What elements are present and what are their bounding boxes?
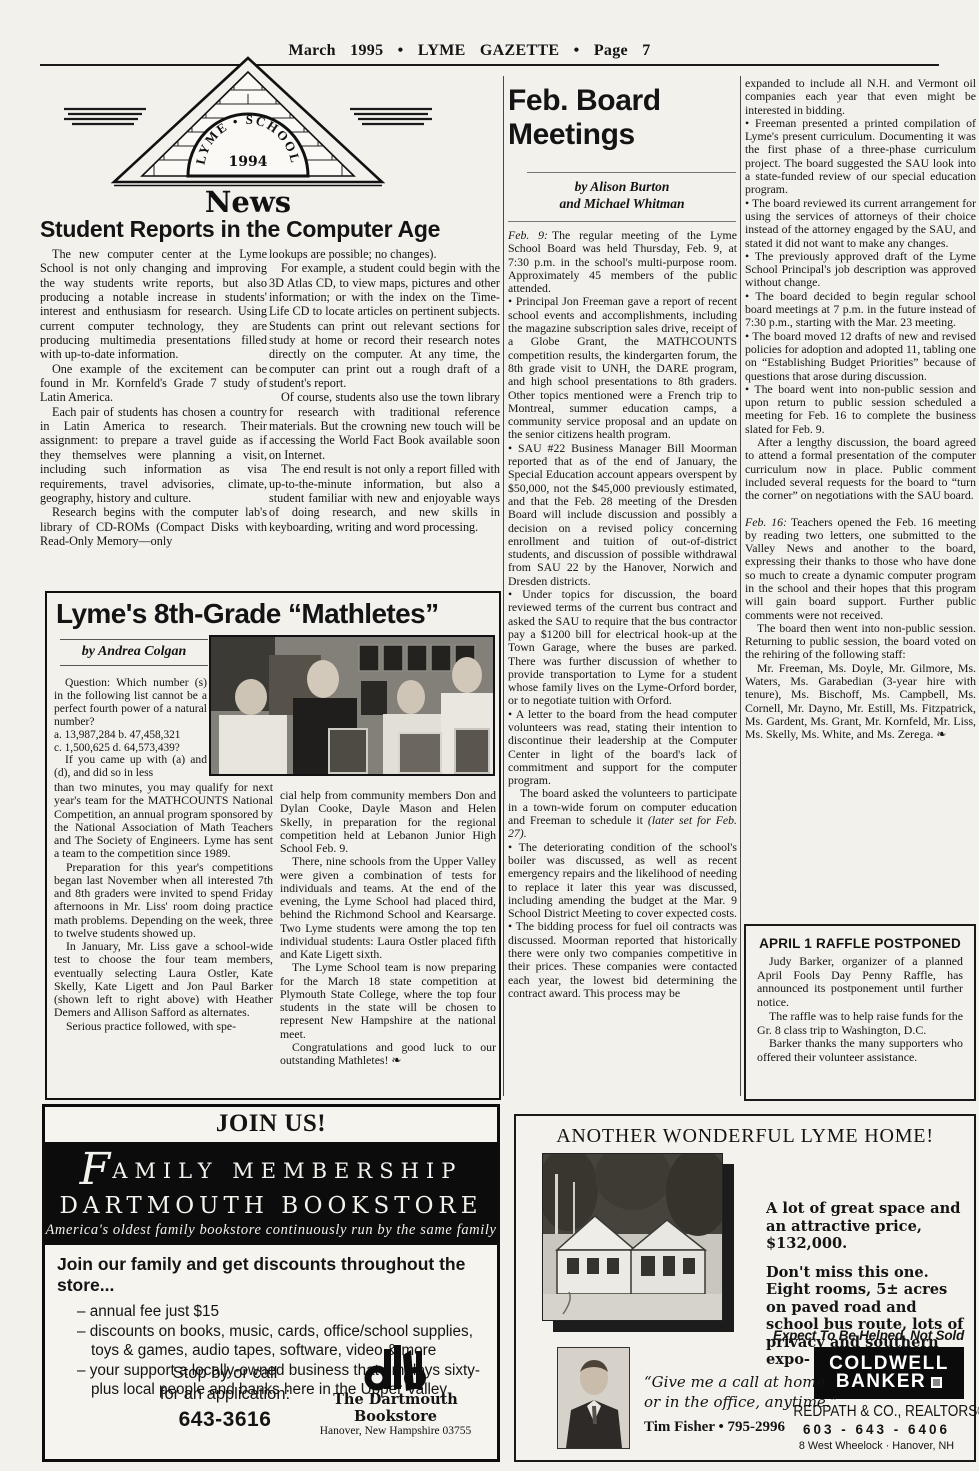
paragraph: Feb. 9:The regular meeting of the Lyme S… xyxy=(508,229,737,295)
board-column-2: expanded to include all N.H. and Vermont… xyxy=(745,77,976,877)
paragraph: • The board moved 12 drafts of new and r… xyxy=(745,330,976,383)
paragraph: than two minutes, you may qualify for ne… xyxy=(54,781,273,861)
byline-author-1: by Alison Burton xyxy=(575,179,670,194)
paragraph: Question: Which number (s) in the follow… xyxy=(54,677,207,729)
paragraph: In January, Mr. Liss gave a school-wide … xyxy=(54,940,273,1020)
article1-headline: Student Reports in the Computer Age xyxy=(40,216,504,243)
newspaper-page: March 1995 • LYME GAZETTE • Page 7 xyxy=(0,0,979,1471)
coldwell-slogan: Expect To Be Helped, Not Sold xyxy=(764,1328,964,1343)
paragraph: There, nine schools from the Upper Valle… xyxy=(280,855,496,961)
paragraph: For example, a student could begin with … xyxy=(269,261,500,390)
discounts-lead: Join our family and get discounts throug… xyxy=(57,1254,497,1296)
students-photo-icon xyxy=(211,637,493,774)
bookstore-address: Hanover, New Hampshire 03755 xyxy=(303,1425,488,1437)
column-divider xyxy=(740,76,741,1096)
paragraph: • The previously approved draft of the L… xyxy=(745,250,976,290)
family-membership-text: AMILY MEMBERSHIP xyxy=(112,1159,462,1183)
article1-column-2: lookups are possible; no changes). For e… xyxy=(269,247,500,583)
mathletes-article-box: Lyme's 8th-Grade “Mathletes” by Andrea C… xyxy=(45,591,501,1100)
paragraph: If you came up with (a) and (d), and did… xyxy=(54,754,207,780)
bookstore-tagline: America's oldest family bookstore contin… xyxy=(45,1222,497,1239)
date-lead: Feb. 16: xyxy=(745,515,791,529)
contact-line-2: for an application: xyxy=(145,1384,305,1405)
quote-line-1: “Give me a call at home xyxy=(644,1372,859,1392)
article1-column-1: The new computer center at the Lyme Scho… xyxy=(40,247,267,583)
byline-author-2: and Michael Whitman xyxy=(559,196,684,211)
column-divider xyxy=(503,76,504,1096)
swash-initial: F xyxy=(80,1144,113,1195)
paragraph: The Lyme School team is now preparing fo… xyxy=(280,961,496,1041)
raffle-notice-box: APRIL 1 RAFFLE POSTPONED Judy Barker, or… xyxy=(744,924,976,1101)
list-item: – annual fee just $15 xyxy=(77,1303,497,1322)
paragraph: Barker thanks the many supporters who of… xyxy=(757,1037,963,1064)
listing-price: A lot of great space and an attractive p… xyxy=(766,1200,966,1253)
paragraph: expanded to include all N.H. and Vermont… xyxy=(745,77,976,117)
house-photo-icon xyxy=(543,1154,722,1320)
svg-text:1994: 1994 xyxy=(229,154,268,170)
raffle-title: APRIL 1 RAFFLE POSTPONED xyxy=(757,936,963,951)
byline-rule xyxy=(527,172,736,173)
mathletes-column-2: cial help from community members Don and… xyxy=(280,789,496,1095)
paragraph: Judy Barker, organizer of a planned Apri… xyxy=(757,955,963,1010)
contact-line-1: Stop by or call xyxy=(145,1363,305,1384)
paragraph: • The bidding process for fuel oil contr… xyxy=(508,920,737,1000)
paragraph: Congratulations and good luck to our out… xyxy=(280,1041,496,1068)
byline-rule xyxy=(508,221,736,222)
paragraph: Each pair of students has chosen a count… xyxy=(40,405,267,505)
paragraph: lookups are possible; no changes). xyxy=(269,247,500,261)
answer-options-ab: a. 13,987,284 b. 47,458,321 xyxy=(54,729,207,742)
paragraph: • The deteriorating condition of the sch… xyxy=(508,841,737,921)
mathletes-byline: by Andrea Colgan xyxy=(60,639,208,666)
paragraph: The board then went into non-public sess… xyxy=(745,622,976,662)
paragraph: Of course, students also use the town li… xyxy=(269,390,500,462)
real-estate-ad: ANOTHER WONDERFUL LYME HOME! xyxy=(514,1114,976,1462)
board-headline-line1: Feb. Board xyxy=(508,84,661,117)
paragraph: One example of the excitement can be fou… xyxy=(40,362,267,405)
paragraph: Mr. Freeman, Ms. Doyle, Mr. Gilmore, Ms.… xyxy=(745,662,976,742)
paragraph: • Principal Jon Freeman gave a report of… xyxy=(508,295,737,441)
paragraph: • The board went into non-public session… xyxy=(745,383,976,436)
date-lead: Feb. 9: xyxy=(508,229,552,242)
paragraph: • Under topics for discussion, the board… xyxy=(508,588,737,708)
bookstore-contact: Stop by or call for an application: 643-… xyxy=(145,1363,305,1433)
paragraph: Preparation for this year's competitions… xyxy=(54,861,273,941)
agent-name-phone: Tim Fisher • 795-2996 xyxy=(644,1417,859,1437)
board-headline-line2: Meetings xyxy=(508,118,635,151)
agent-portrait-icon xyxy=(558,1348,629,1448)
school-news-logo: LYME • SCHOOL 1994 News xyxy=(62,54,434,216)
mathletes-team-photo xyxy=(209,635,495,776)
svg-text:News: News xyxy=(205,185,291,216)
cb-square-icon xyxy=(931,1377,942,1388)
house-photo xyxy=(542,1153,723,1321)
agent-photo xyxy=(557,1347,630,1449)
paragraph: After a lengthy discussion, the board ag… xyxy=(745,436,976,502)
board-headline: Feb. Board Meetings xyxy=(508,84,738,152)
bookstore-logo-block: The Dartmouth Bookstore Hanover, New Ham… xyxy=(303,1345,488,1437)
membership-banner: FAMILY MEMBERSHIP DARTMOUTH BOOKSTORE Am… xyxy=(45,1142,497,1245)
quote-line-2: or in the office, anytime.” xyxy=(644,1392,859,1412)
paragraph: Serious practice followed, with spe- xyxy=(54,1020,273,1033)
mathletes-headline: Lyme's 8th-Grade “Mathletes” xyxy=(56,598,498,630)
family-membership-line: FAMILY MEMBERSHIP xyxy=(45,1144,497,1195)
paragraph: cial help from community members Don and… xyxy=(280,789,496,855)
paragraph: • SAU #22 Business Manager Bill Moorman … xyxy=(508,442,737,588)
realtor-address: 8 West Wheelock · Hanover, NH xyxy=(789,1440,964,1452)
paragraph: • A letter to the board from the head co… xyxy=(508,708,737,788)
bookstore-name: The Dartmouth Bookstore xyxy=(303,1391,488,1425)
board-column-1: Feb. 9:The regular meeting of the Lyme S… xyxy=(508,229,737,1097)
mathletes-intro-column: Question: Which number (s) in the follow… xyxy=(54,677,207,781)
bookstore-ad: JOIN US! FAMILY MEMBERSHIP DARTMOUTH BOO… xyxy=(42,1104,500,1462)
paragraph: • The board reviewed its current arrange… xyxy=(745,197,976,250)
paragraph: The raffle was to help raise funds for t… xyxy=(757,1010,963,1037)
dartmouth-bookstore-line: DARTMOUTH BOOKSTORE xyxy=(45,1193,497,1219)
paragraph: The board asked the volunteers to partic… xyxy=(508,787,737,840)
paragraph: • Freeman presented a printed compilatio… xyxy=(745,117,976,197)
listing-description: A lot of great space and an attractive p… xyxy=(766,1200,966,1369)
join-us-header: JOIN US! xyxy=(45,1107,497,1142)
home-ad-title: ANOTHER WONDERFUL LYME HOME! xyxy=(516,1125,974,1148)
paragraph: Research begins with the computer lab's … xyxy=(40,505,267,548)
dartmouth-bookstore-logo xyxy=(364,1345,428,1391)
mathletes-column-1: than two minutes, you may qualify for ne… xyxy=(54,781,273,1095)
board-byline: by Alison Burton and Michael Whitman xyxy=(508,178,736,212)
paragraph: The end result is not only a report fill… xyxy=(269,462,500,534)
paragraph: Feb. 16:Teachers opened the Feb. 16 meet… xyxy=(745,516,976,622)
paragraph: The new computer center at the Lyme Scho… xyxy=(40,247,267,362)
paragraph: • The board decided to begin regular sch… xyxy=(745,290,976,330)
agent-quote: “Give me a call at home or in the office… xyxy=(644,1372,859,1437)
bookstore-phone: 643-3616 xyxy=(145,1406,305,1433)
pyramid-logo-icon: LYME • SCHOOL 1994 News xyxy=(62,54,434,216)
